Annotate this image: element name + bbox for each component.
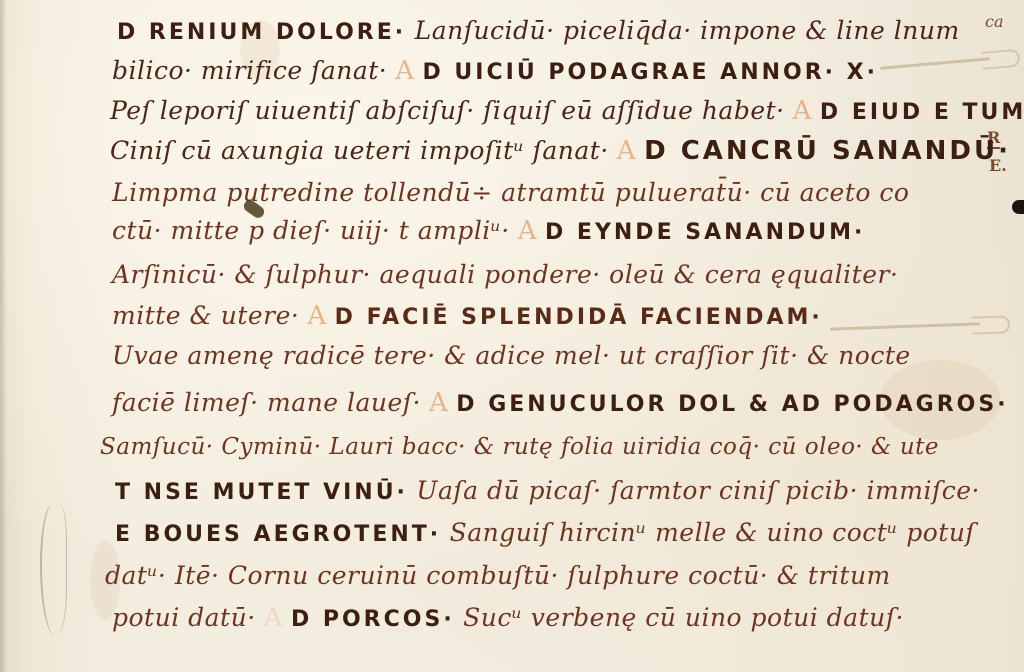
text-line: Ciniſ cū axungia ueteri impoſitᵘ ſanat·A… — [110, 138, 1011, 164]
line-text: potui datū· — [112, 603, 256, 632]
line-text: Lanſucidū· piceliq̄da· impone & line lnu… — [406, 16, 960, 45]
rubric-initial: A — [395, 56, 414, 86]
line-text: datᵘ· Itē· Cornu ceruinū combuſtū· ſulph… — [105, 561, 891, 590]
text-line: datᵘ· Itē· Cornu ceruinū combuſtū· ſulph… — [105, 563, 891, 588]
rubric-heading: D FACIĒ SPLENDIDĀ FACIENDAM· — [335, 305, 823, 330]
rubric-heading: D UICIŪ PODAGRAE ANNOR· X· — [423, 60, 878, 85]
rubric-initial: A — [307, 301, 326, 331]
text-line: Uvae amenę radicē tere· & adice mel· ut … — [112, 343, 911, 368]
text-line: Peſ leporiſ uiuentiſ abſciſuſ· ſiquiſ eū… — [110, 98, 1024, 124]
rubric-heading: D PORCOS· — [291, 607, 455, 632]
line-text: Sucᵘ verbenę cū uino potui datuſ· — [455, 603, 904, 632]
text-line: E BOUES AEGROTENT· Sanguiſ hircinᵘ melle… — [115, 520, 975, 546]
line-text: Uaſa dū picaſ· ſarmtor ciniſ picib· immi… — [408, 476, 980, 505]
text-line: mitte & utere·AD FACIĒ SPLENDIDĀ FACIEND… — [112, 303, 823, 329]
line-text: ctū· mitte p dieſ· uiij· t ampliᵘ· — [112, 216, 510, 245]
line-text: Uvae amenę radicē tere· & adice mel· ut … — [112, 341, 911, 370]
rubric-heading: D CANCRŪ SANANDŪ· — [644, 136, 1011, 166]
rubric-heading: D EYNDE SANANDUM· — [545, 220, 865, 245]
line-text: Ciniſ cū axungia ueteri impoſitᵘ ſanat· — [110, 136, 609, 165]
line-text: Peſ leporiſ uiuentiſ abſciſuſ· ſiquiſ eū… — [110, 96, 785, 125]
text-line: ctū· mitte p dieſ· uiij· t ampliᵘ·AD EYN… — [112, 218, 865, 244]
text-line: Limpma putredine tollendū÷ atramtū pulue… — [112, 180, 909, 205]
text-line: Arſinicū· & ſulphur· aequali pondere· ol… — [112, 262, 898, 287]
rubric-initial: A — [518, 216, 537, 246]
text-line: faciē limeſ· mane laueſ·AD GENUCULOR DOL… — [112, 390, 1009, 416]
rubric-heading: T NSE MUTET VINŪ· — [115, 480, 408, 505]
line-text: Sanguiſ hircinᵘ melle & uino coctᵘ potuſ — [441, 518, 975, 547]
rubric-initial: A — [617, 136, 636, 166]
manuscript-page: ca R E. D RENIUM DOLORE· Lanſucidū· pice… — [0, 0, 1024, 672]
text-line: Samſucū· Cyminū· Lauri bacc· & rutę foli… — [100, 436, 939, 459]
line-text: bilico· mirifice ſanat· — [112, 56, 387, 85]
line-text: Arſinicū· & ſulphur· aequali pondere· ol… — [112, 260, 898, 289]
rubric-initial: A — [264, 603, 283, 633]
text-line: T NSE MUTET VINŪ· Uaſa dū picaſ· ſarmtor… — [115, 478, 980, 504]
text-line: potui datū·AD PORCOS· Sucᵘ verbenę cū ui… — [112, 605, 904, 631]
margin-note-ca: ca — [985, 12, 1004, 31]
line-text: Samſucū· Cyminū· Lauri bacc· & rutę foli… — [100, 434, 939, 460]
line-text: Limpma putredine tollendū÷ atramtū pulue… — [112, 178, 909, 207]
edge-ink-blot — [1012, 200, 1024, 214]
manicule-pointing-hand — [880, 57, 990, 70]
rubric-heading: D EIUD E TUMO — [820, 100, 1024, 125]
rubric-initial: A — [793, 96, 812, 126]
text-line: bilico· mirifice ſanat·AD UICIŪ PODAGRAE… — [112, 58, 878, 84]
rubric-heading: D RENIUM DOLORE· — [117, 20, 406, 45]
rubric-initial: A — [429, 388, 448, 418]
rubric-heading: D GENUCULOR DOL & AD PODAGROS· — [456, 392, 1008, 417]
line-text: faciē limeſ· mane laueſ· — [112, 388, 421, 417]
rubric-heading: E BOUES AEGROTENT· — [115, 522, 441, 547]
binding-gutter — [0, 0, 6, 672]
manicule-pointing-hand — [830, 322, 980, 330]
margin-sketch-drawing — [40, 505, 67, 635]
text-line: D RENIUM DOLORE· Lanſucidū· piceliq̄da· … — [117, 18, 960, 44]
line-text: mitte & utere· — [112, 301, 299, 330]
